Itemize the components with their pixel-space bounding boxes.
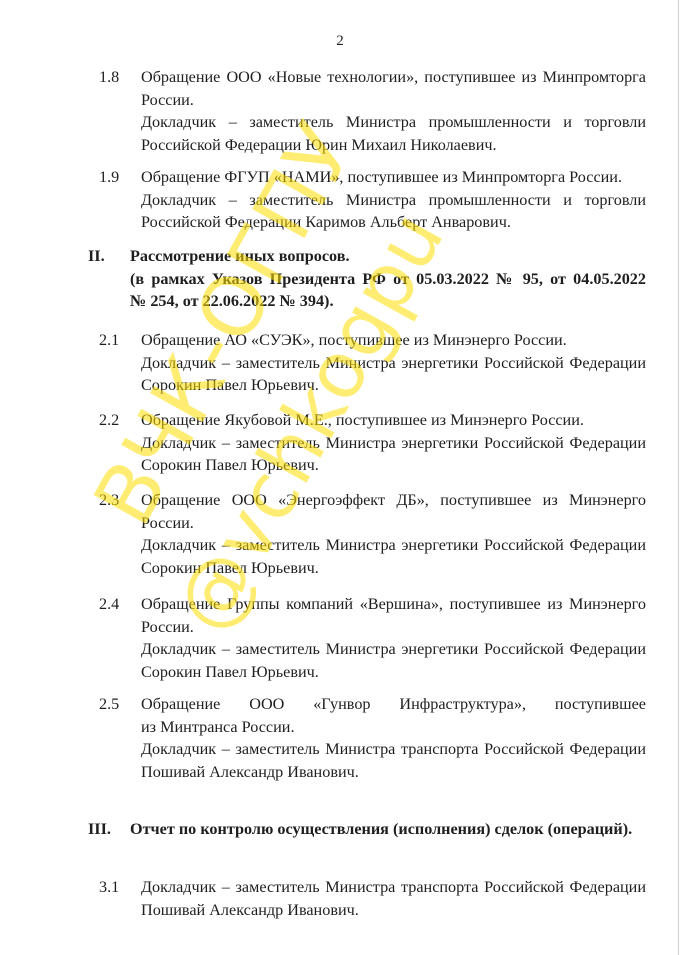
section-2-number: II. [88,245,105,268]
item-number: 2.2 [99,409,139,432]
agenda-item-2-3: 2.3Обращение ООО «Энергоэффект ДБ», пост… [99,489,646,579]
item-text-line: Сорокин Павел Юрьевич. [141,661,646,684]
item-text-line: Пошивай Александр Иванович. [141,761,646,784]
item-text-line: Обращение ООО «Гунвор Инфраструктура», п… [141,693,646,716]
item-text-line: Докладчик – заместитель Министра транспо… [141,738,646,761]
item-text-line: России. [141,616,646,639]
item-text-line: Докладчик – заместитель Министра промышл… [141,111,646,134]
item-text-line: Докладчик – заместитель Министра энергет… [141,534,646,557]
item-text-line: Докладчик – заместитель Министра транспо… [141,876,646,899]
item-text: Обращение АО «СУЭК», поступившее из Минэ… [141,329,646,397]
item-text-line: Сорокин Павел Юрьевич. [141,454,646,477]
item-text: Обращение Якубовой М.Е., поступившее из … [141,409,646,477]
item-text-line: России. [141,512,646,535]
item-text-line: Российской Федерации Юрин Михаил Николае… [141,134,646,157]
item-text-line: Обращение АО «СУЭК», поступившее из Минэ… [141,329,646,352]
item-text-line: Российской Федерации Каримов Альберт Анв… [141,211,646,234]
item-text: Обращение ООО «Энергоэффект ДБ», поступи… [141,489,646,579]
item-text-line: Докладчик – заместитель Министра энергет… [141,638,646,661]
item-text: Обращение Группы компаний «Вершина», пос… [141,593,646,683]
item-number: 2.4 [99,593,139,616]
item-text-line: Докладчик – заместитель Министра энергет… [141,432,646,455]
agenda-item-3-1: 3.1Докладчик – заместитель Министра тран… [99,876,646,921]
item-text-line: Обращение Группы компаний «Вершина», пос… [141,593,646,616]
section-2-title: Рассмотрение иных вопросов. [130,245,646,268]
item-text-line: Докладчик – заместитель Министра энергет… [141,352,646,375]
item-text: Докладчик – заместитель Министра транспо… [141,876,646,921]
agenda-item-2-5: 2.5Обращение ООО «Гунвор Инфраструктура»… [99,693,646,783]
item-number: 2.1 [99,329,139,352]
item-number: 2.5 [99,693,139,716]
item-text-line: Обращение ФГУП «НАМИ», поступившее из Ми… [141,166,646,189]
item-number: 1.8 [99,66,139,89]
section-3-number: III. [88,818,111,841]
page-number: 2 [0,33,680,50]
item-text-line: Обращение ООО «Энергоэффект ДБ», поступи… [141,489,646,512]
section-2-subtitle-line2: № 254, от 22.06.2022 № 394). [130,290,646,313]
item-text-line: Сорокин Павел Юрьевич. [141,557,646,580]
item-text-line: Обращение ООО «Новые технологии», поступ… [141,66,646,89]
item-number: 1.9 [99,166,139,189]
agenda-item-1-8: 1.8Обращение ООО «Новые технологии», пос… [99,66,646,156]
page-edge-border [678,0,679,955]
agenda-item-2-2: 2.2Обращение Якубовой М.Е., поступившее … [99,409,646,477]
item-text-line: Докладчик – заместитель Министра промышл… [141,189,646,212]
agenda-item-2-1: 2.1Обращение АО «СУЭК», поступившее из М… [99,329,646,397]
section-2-subtitle-line1: (в рамках Указов Президента РФ от 05.03.… [130,268,646,291]
item-text: Обращение ООО «Гунвор Инфраструктура», п… [141,693,646,783]
agenda-item-2-4: 2.4Обращение Группы компаний «Вершина», … [99,593,646,683]
item-number: 2.3 [99,489,139,512]
item-text: Обращение ООО «Новые технологии», поступ… [141,66,646,156]
item-text-line: из Минтранса России. [141,716,646,739]
section-3-title: Отчет по контролю осуществления (исполне… [130,818,646,841]
item-text-line: Обращение Якубовой М.Е., поступившее из … [141,409,646,432]
section-2-heading: II. Рассмотрение иных вопросов. (в рамка… [88,245,646,313]
document-page: 2 1.8Обращение ООО «Новые технологии», п… [0,0,680,955]
item-text: Обращение ФГУП «НАМИ», поступившее из Ми… [141,166,646,234]
item-text-line: Пошивай Александр Иванович. [141,899,646,922]
item-text-line: России. [141,89,646,112]
section-3-heading: III. Отчет по контролю осуществления (ис… [88,818,646,841]
agenda-item-1-9: 1.9Обращение ФГУП «НАМИ», поступившее из… [99,166,646,234]
item-text-line: Сорокин Павел Юрьевич. [141,374,646,397]
item-number: 3.1 [99,876,139,899]
